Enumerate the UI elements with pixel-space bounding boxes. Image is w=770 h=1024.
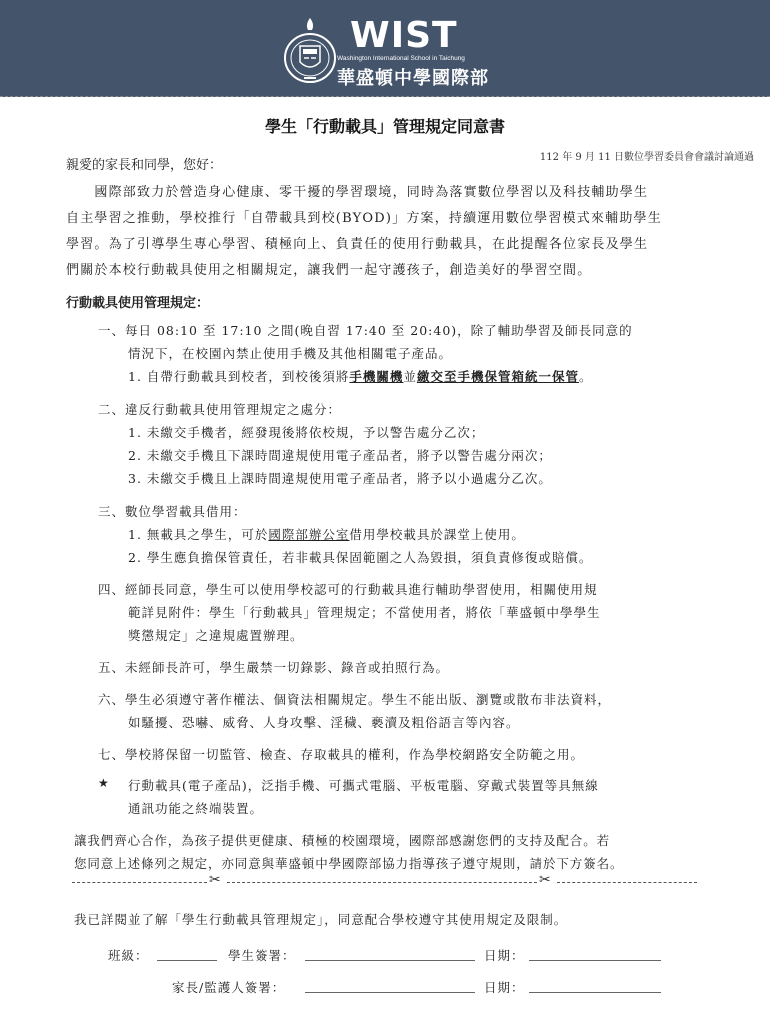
school-crest-icon bbox=[280, 16, 340, 86]
rule-6-line-2: 如騷擾、恐嚇、威脅、人身攻擊、淫穢、褻瀆及粗俗語言等內容。 bbox=[128, 713, 520, 731]
rule-2-sub-1: 1. 未繳交手機者，經發現後將依校規，予以警告處分乙次； bbox=[128, 423, 484, 441]
date-field-1[interactable] bbox=[529, 960, 661, 961]
cut-line: ✂ ✂ bbox=[72, 875, 697, 889]
greeting: 親愛的家長和同學，您好： bbox=[66, 154, 222, 173]
intro-line: 自主學習之推動，學校推行「自帶載具到校(BYOD)」方案，持續運用數位學習模式來… bbox=[66, 206, 662, 232]
class-label: 班級： bbox=[108, 946, 149, 964]
class-field[interactable] bbox=[157, 960, 217, 961]
rule-1-sub-1: 1. 自帶行動載具到校者，到校後須將手機關機並繳交至手機保管箱統一保管。 bbox=[128, 367, 592, 385]
office-link: 國際部辦公室 bbox=[268, 527, 349, 542]
rule-7: 七、學校將保留一切監管、檢查、存取載具的權利，作為學校網路安全防範之用。 bbox=[98, 745, 584, 763]
rule-5: 五、未經師長許可，學生嚴禁一切錄影、錄音或拍照行為。 bbox=[98, 658, 449, 676]
dashed-rule bbox=[557, 882, 697, 883]
rule-3-line-1: 三、數位學習載具借用： bbox=[98, 502, 247, 520]
scissors-icon: ✂ bbox=[539, 872, 551, 888]
parent-signature-label: 家長/監護人簽署： bbox=[172, 978, 285, 996]
scissors-icon: ✂ bbox=[209, 872, 221, 888]
parent-signature-field[interactable] bbox=[305, 992, 475, 993]
rule-1-line-2: 情況下，在校園內禁止使用手機及其他相關電子產品。 bbox=[128, 344, 452, 362]
date-label-1: 日期： bbox=[484, 946, 525, 964]
rule-2-sub-3: 3. 未繳交手機且上課時間違規使用電子產品者，將予以小過處分乙次。 bbox=[128, 469, 552, 487]
brand-name: WIST bbox=[350, 18, 458, 54]
rule-4-line-1: 四、經師長同意，學生可以使用學校認可的行動載具進行輔助學習使用，相關使用規 bbox=[98, 580, 598, 598]
closing-line-2: 您同意上述條列之規定，亦同意與華盛頓中學國際部協力指導孩子遵守規則，請於下方簽名… bbox=[74, 854, 623, 872]
rule-1-line-1: 一、每日 08:10 至 17:10 之間(晚自習 17:40 至 20:40)… bbox=[98, 321, 633, 339]
rule-2-line-1: 二、違反行動載具使用管理規定之處分： bbox=[98, 400, 341, 418]
note-line-1: 行動載具(電子產品)，泛指手機、可攜式電腦、平板電腦、穿戴式裝置等具無線 bbox=[128, 776, 599, 794]
rule-1-sub-1-prefix: 1. 自帶行動載具到校者，到校後須將 bbox=[128, 369, 349, 384]
dashed-rule bbox=[72, 882, 207, 883]
phone-locker-emphasis: 繳交至手機保管箱統一保管 bbox=[417, 369, 579, 384]
rule-3-sub-1-prefix: 1. 無載具之學生，可於 bbox=[128, 527, 268, 542]
date-field-2[interactable] bbox=[529, 992, 661, 993]
rule-4-line-2: 範詳見附件：學生「行動載具」管理規定；不當使用者，將依「華盛頓中學學生 bbox=[128, 603, 601, 621]
rule-3-sub-1-suffix: 借用學校載具於課堂上使用。 bbox=[349, 527, 525, 542]
star-icon: ★ bbox=[98, 776, 109, 790]
rule-6-line-1: 六、學生必須遵守著作權法、個資法相關規定。學生不能出版、瀏覽或散布非法資料， bbox=[98, 690, 611, 708]
rule-1-sub-1-mid: 並 bbox=[403, 369, 417, 384]
date-label-2: 日期： bbox=[484, 978, 525, 996]
phone-off-emphasis: 手機關機 bbox=[349, 369, 403, 384]
intro-line: 學習。為了引導學生專心學習、積極向上、負責任的使用行動載具，在此提醒各位家長及學… bbox=[66, 232, 662, 258]
brand-english-name: Washington International School in Taich… bbox=[337, 55, 465, 62]
brand-chinese-name: 華盛頓中學國際部 bbox=[337, 64, 489, 90]
closing-line-1: 讓我們齊心合作，為孩子提供更健康、積極的校園環境，國際部感謝您們的支持及配合。若 bbox=[74, 831, 610, 849]
note-line-2: 通訊功能之終端裝置。 bbox=[128, 799, 263, 817]
student-signature-field[interactable] bbox=[305, 960, 475, 961]
dashed-rule bbox=[227, 882, 537, 883]
approval-note: 112 年 9 月 11 日數位學習委員會會議討論通過 bbox=[540, 148, 754, 163]
rule-3-sub-1: 1. 無載具之學生，可於國際部辦公室借用學校載具於課堂上使用。 bbox=[128, 525, 525, 543]
intro-paragraph: 國際部致力於營造身心健康、零干擾的學習環境，同時為落實數位學習以及科技輔助學生 … bbox=[66, 180, 662, 284]
intro-line: 國際部致力於營造身心健康、零干擾的學習環境，同時為落實數位學習以及科技輔助學生 bbox=[66, 180, 662, 206]
student-signature-label: 學生簽署： bbox=[228, 946, 296, 964]
rule-1-sub-1-end: 。 bbox=[579, 369, 593, 384]
intro-line: 們關於本校行動載具使用之相關規定，讓我們一起守護孩子，創造美好的學習空間。 bbox=[66, 258, 662, 284]
document-title: 學生「行動載具」管理規定同意書 bbox=[0, 114, 770, 137]
consent-statement: 我已詳閱並了解「學生行動載具管理規定」，同意配合學校遵守其使用規定及限制。 bbox=[74, 910, 567, 928]
rules-heading: 行動載具使用管理規定： bbox=[66, 292, 209, 311]
rule-3-sub-2: 2. 學生應負擔保管責任，若非載具保固範圍之人為毀損，須負責修復或賠償。 bbox=[128, 548, 592, 566]
rule-4-line-3: 獎懲規定」之違規處置辦理。 bbox=[128, 626, 304, 644]
rule-2-sub-2: 2. 未繳交手機且下課時間違規使用電子產品者，將予以警告處分兩次； bbox=[128, 446, 552, 464]
header-banner: WIST Washington International School in … bbox=[0, 0, 770, 97]
